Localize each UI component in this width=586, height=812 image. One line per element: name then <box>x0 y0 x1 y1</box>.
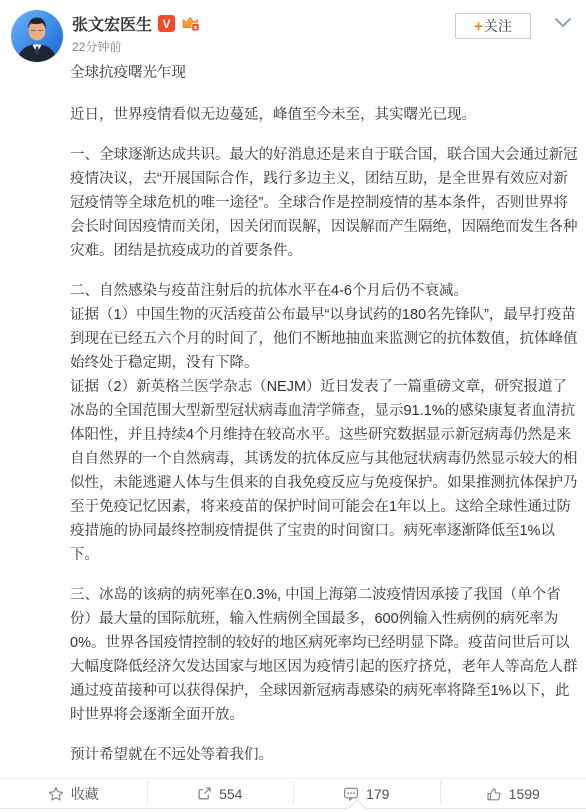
like-count: 1599 <box>509 786 540 802</box>
verified-v-icon: V <box>158 15 175 32</box>
comment-caret <box>344 799 370 809</box>
favorite-label: 收藏 <box>71 784 99 804</box>
share-count: 554 <box>219 786 242 802</box>
thumbs-up-icon <box>486 786 502 802</box>
user-name[interactable]: 张文宏医生 <box>72 12 152 35</box>
star-icon <box>48 786 64 802</box>
like-button[interactable]: 1599 <box>440 779 586 808</box>
weibo-post-card: 张文宏医生 V 22分钟前 + 关注 全球抗疫曙光乍现 近日，世界疫情看似无边蔓… <box>0 0 586 812</box>
chevron-down-icon[interactable] <box>553 16 573 28</box>
post-paragraph: 一、全球逐渐达成共识。最大的好消息还是来自于联合国，联合国大会通过新冠疫情决议，… <box>70 143 580 263</box>
share-button[interactable]: 554 <box>147 779 294 808</box>
action-bar: 收藏 554 179 1599 <box>0 778 586 809</box>
post-paragraph: 预计希望就在不远处等着我们。 <box>70 743 580 767</box>
post-paragraph: 近日，世界疫情看似无边蔓延，峰值至今未至，其实曙光已现。 <box>70 103 580 127</box>
post-timestamp[interactable]: 22分钟前 <box>72 38 121 55</box>
avatar[interactable] <box>11 10 63 62</box>
follow-button[interactable]: + 关注 <box>455 13 531 39</box>
avatar-image <box>11 10 63 62</box>
post-header: 张文宏医生 V 22分钟前 + 关注 <box>0 0 586 60</box>
follow-button-label: 关注 <box>484 16 512 36</box>
share-icon <box>197 786 212 801</box>
post-paragraph: 三、冰岛的该病的病死率在0.3%, 中国上海第二波疫情因承接了我国（单个省份）最… <box>70 583 580 727</box>
plus-icon: + <box>474 18 483 35</box>
user-name-row: 张文宏医生 V <box>72 12 200 35</box>
favorite-button[interactable]: 收藏 <box>0 779 147 808</box>
post-paragraph: 二、自然感染与疫苗注射后的抗体水平在4-6个月后仍不衰减。 证据（1）中国生物的… <box>70 279 580 567</box>
post-content: 全球抗疫曙光乍现 近日，世界疫情看似无边蔓延，峰值至今未至，其实曙光已现。 一、… <box>70 60 580 776</box>
post-title: 全球抗疫曙光乍现 <box>70 63 580 84</box>
vip-crown-icon <box>181 15 200 32</box>
